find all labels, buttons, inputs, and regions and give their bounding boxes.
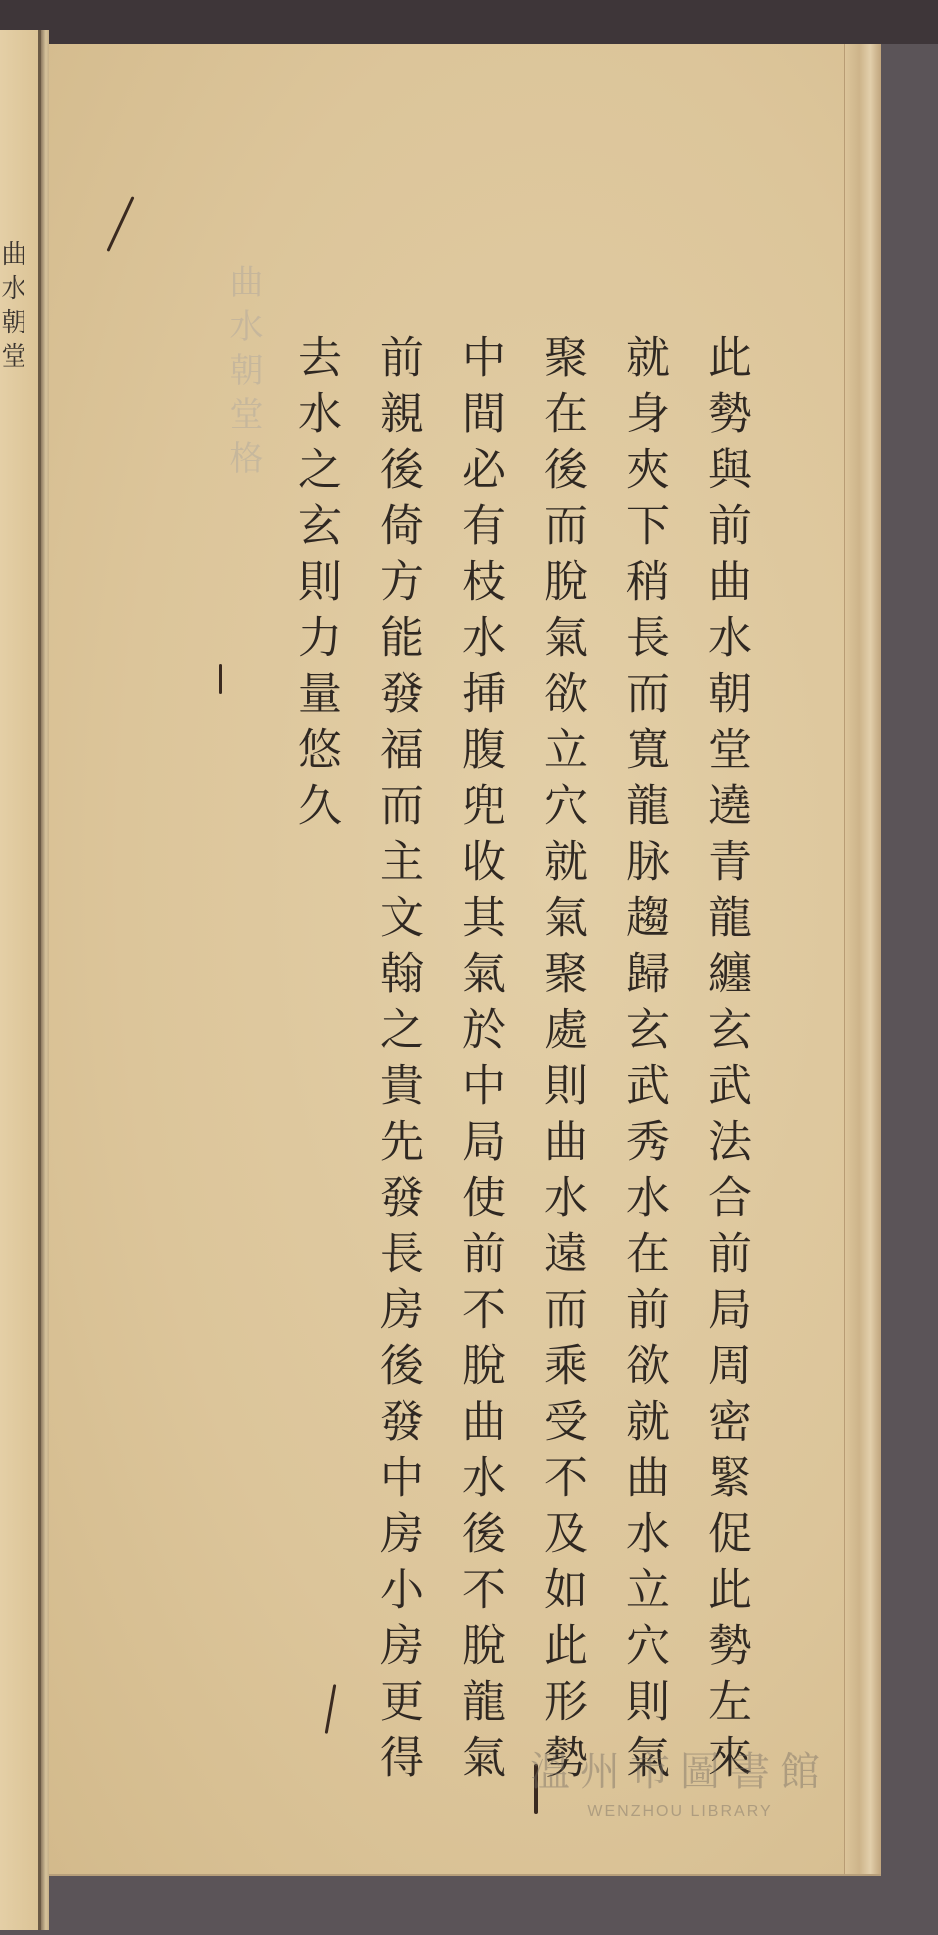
page-fold-edge (844, 44, 881, 1874)
book-spine (41, 30, 49, 1930)
text-column-1: 此勢與前曲水朝堂遶青龍纏玄武法合前局周密緊促此勢左來 (684, 334, 766, 1790)
left-page-edge: 曲水朝堂 (0, 30, 41, 1930)
scanner-background-top (0, 0, 938, 44)
text-column-2: 就身夾下稍長而寬龍脉趨歸玄武秀水在前欲就曲水立穴則氣 (602, 334, 684, 1790)
library-watermark: 溫州市圖書館 WENZHOU LIBRARY (520, 1740, 840, 1821)
ink-mark (106, 196, 134, 252)
text-column-5: 前親後倚方能發福而主文翰之貴先發長房後發中房小房更得 (356, 334, 438, 1790)
ink-mark (219, 664, 222, 694)
manuscript-page: 曲水朝堂格 此勢與前曲水朝堂遶青龍纏玄武法合前局周密緊促此勢左來 就身夾下稍長而… (49, 44, 881, 1876)
bleed-through-text: 曲水朝堂格 (219, 264, 268, 484)
left-page-partial-text: 曲水朝堂 (0, 240, 24, 376)
text-column-4: 中間必有枝水挿腹兜收其氣於中局使前不脫曲水後不脫龍氣 (438, 334, 520, 1790)
text-column-6: 去水之玄則力量悠久 (274, 334, 356, 1790)
main-text: 此勢與前曲水朝堂遶青龍纏玄武法合前局周密緊促此勢左來 就身夾下稍長而寬龍脉趨歸玄… (274, 334, 766, 1790)
watermark-english: WENZHOU LIBRARY (520, 1803, 840, 1821)
watermark-chinese: 溫州市圖書館 (520, 1740, 840, 1797)
text-column-3: 聚在後而脫氣欲立穴就氣聚處則曲水遠而乘受不及如此形勢 (520, 334, 602, 1790)
